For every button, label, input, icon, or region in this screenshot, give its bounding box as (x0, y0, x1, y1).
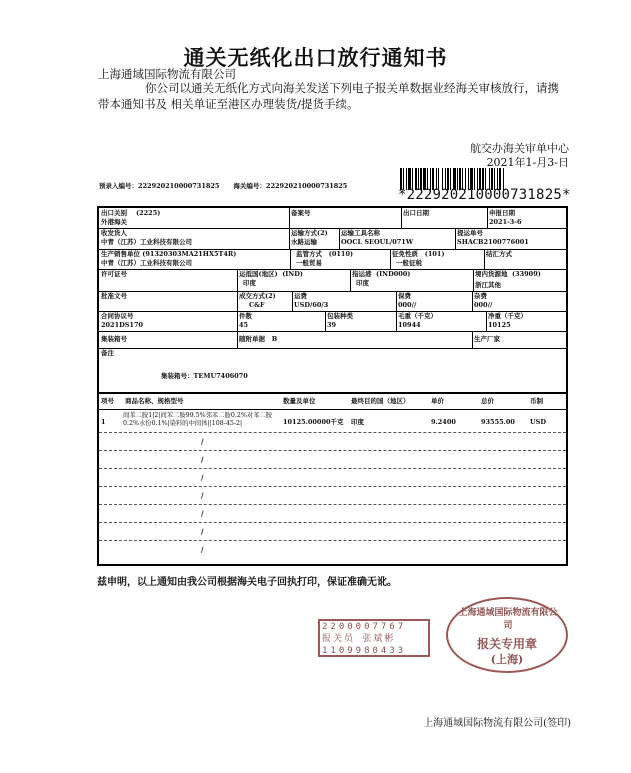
field-supervision: 监管方式 (0110)一般贸易 (290, 249, 390, 269)
company-seal: 上海通域国际物流有限公司 报关专用章 (上海) (446, 597, 568, 673)
goods-unit-price: 9.2400 (429, 417, 469, 428)
field-gross-weight: 毛重（千克）10944 (396, 311, 486, 331)
seal-center-text: 报关专用章 (448, 635, 566, 652)
goods-currency: USD (528, 417, 563, 428)
field-declare-date: 申报日期2021-3-6 (487, 208, 566, 228)
entry-numbers: 预录入编号：222920210000731825海关编号：22292021000… (99, 181, 347, 190)
field-remarks: 备注 (99, 348, 566, 392)
barcode-number: *222920210000731825* (398, 187, 571, 203)
goods-name: 间苯二胺1|2|间苯二胺99.5%邻苯二胺0.2%对苯二胺0.2%水份0.1%|… (121, 411, 281, 429)
pre-entry-no: 222920210000731825 (138, 182, 219, 190)
field-vessel: 运输工具名称OOCL SEOUL/071W (339, 228, 455, 249)
field-manufacturer: 生产厂家 (472, 331, 566, 348)
goods-header-qty: 数量及单位 (281, 396, 351, 407)
empty-row-marker: / (201, 473, 204, 482)
field-settlement: 结汇方式 (484, 249, 566, 269)
field-bl-no: 提运单号SHACB2100776001 (455, 228, 566, 249)
field-trade-terms: 成交方式(2)C&F (237, 291, 292, 311)
stamp-line-1: 2200007767 (322, 621, 426, 633)
customs-no-label: 海关编号： (233, 182, 266, 190)
empty-row-marker: / (201, 491, 204, 500)
field-producer: 生产销售单位 (91320303MA21HX5T4R)中青（江苏）工业科技有限公… (99, 249, 290, 269)
field-origin: 境内货源地 (33909)浙江其他 (473, 269, 566, 291)
goods-no: 1 (99, 417, 121, 428)
stamp-line-3: 1109980433 (322, 645, 426, 657)
customs-no: 222920210000731825 (266, 182, 347, 190)
stamp-line-2: 报关员 张斌彬 (322, 633, 426, 645)
field-net-weight: 净重（千克）10125 (486, 311, 566, 331)
declaration-statement: 兹申明，以上通知由我公司根据海关电子回执打印，保证准确无讹。 (97, 573, 397, 588)
field-contract: 合同协议号2021DS170 (99, 311, 237, 331)
field-license: 许可证号 (99, 269, 237, 291)
field-approval: 批准文号 (99, 291, 237, 311)
goods-header-unit-price: 单价 (429, 396, 469, 407)
field-dest-port: 指运港 (IND000)印度 (350, 269, 473, 291)
empty-row-marker: / (201, 527, 204, 536)
field-tax-nature: 征免性质 (101)一般征税 (390, 249, 484, 269)
goods-header-currency: 币制 (528, 396, 563, 407)
goods-header-country: 最终目的国（地区） (349, 396, 429, 407)
field-insurance: 保费000// (396, 291, 472, 311)
empty-row-marker: / (201, 509, 204, 518)
field-dest-country: 运抵国(地区) (IND)印度 (237, 269, 350, 291)
seal-bottom-text: (上海) (448, 651, 566, 667)
field-consignor: 收发货人中青（江苏）工业科技有限公司 (99, 228, 289, 249)
customs-broker-stamp: 2200007767 报关员 张斌彬 1109980433 (318, 619, 430, 657)
field-pieces: 件数45 (237, 311, 325, 331)
field-package: 包装种类39 (325, 311, 396, 331)
goods-header-total: 总价 (479, 396, 519, 407)
field-export-port: 出口关别 (2225)外港海关 (99, 208, 289, 228)
field-freight: 运费USD/60/3 (292, 291, 396, 311)
pre-entry-label: 预录入编号： (99, 182, 138, 190)
field-export-date: 出口日期 (401, 208, 487, 228)
goods-header-name: 商品名称、规格型号 (123, 396, 273, 407)
notice-body: 你公司以通关无纸化方式向海关发送下列电子报关单数据业经海关审核放行，请携带本通知… (98, 80, 568, 112)
document-title: 通关无纸化出口放行通知书 (0, 42, 631, 72)
field-attached-docs: 随附单据 B (237, 331, 472, 348)
field-record-no: 备案号 (289, 208, 401, 228)
empty-row-marker: / (201, 545, 204, 554)
seal-ring-text: 上海通域国际物流有限公司 (458, 605, 558, 631)
goods-header-no: 项号 (99, 396, 121, 407)
empty-row-marker: / (201, 455, 204, 464)
goods-total: 93555.00 (479, 417, 524, 428)
remarks-container-no: 集装箱号：TEMU7406070 (159, 371, 459, 383)
signature-line: 上海通域国际物流有限公司(签印) (423, 714, 571, 729)
field-transport-mode: 运输方式(2)水路运输 (289, 228, 339, 249)
declaration-form: 出口关别 (2225)外港海关 备案号 出口日期 申报日期2021-3-6 收发… (97, 206, 568, 566)
empty-row-marker: / (201, 437, 204, 446)
goods-country: 印度 (349, 417, 409, 428)
goods-qty: 10125.00000千克 (281, 417, 351, 428)
field-container: 集装箱号 (99, 331, 237, 348)
field-misc: 杂费000// (472, 291, 566, 311)
